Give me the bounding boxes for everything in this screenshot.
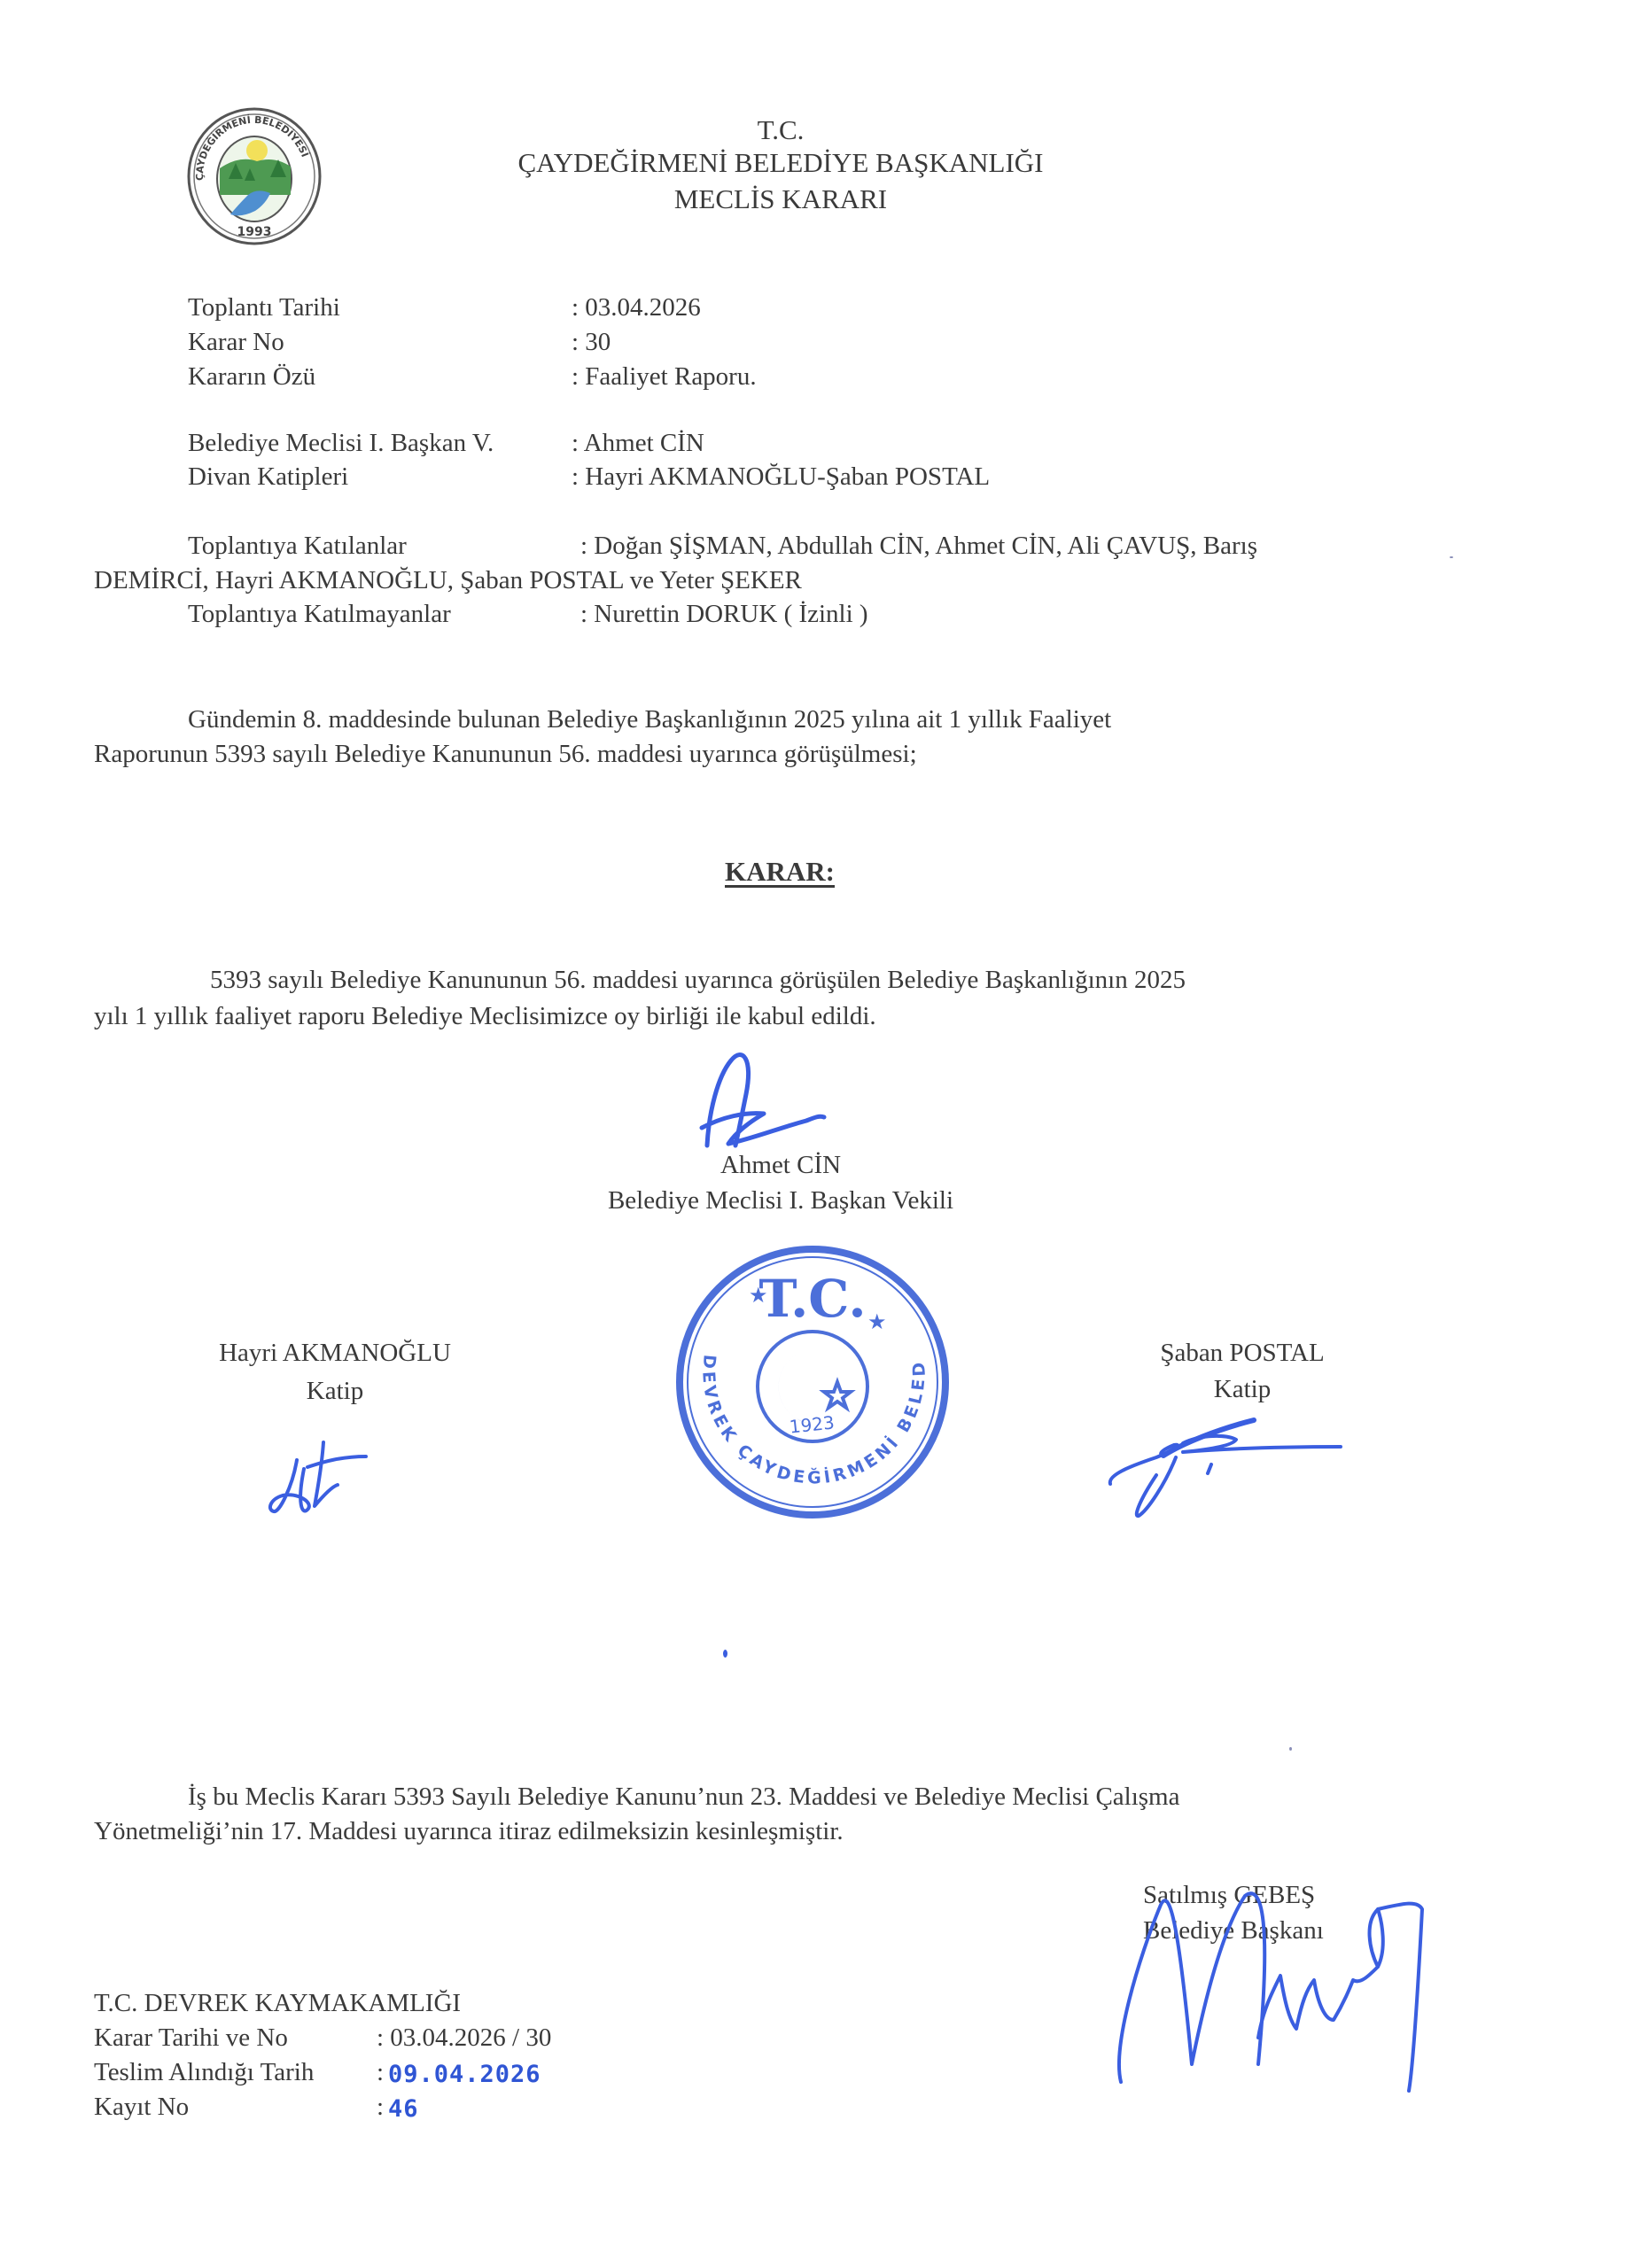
svg-text:T.C.: T.C. [758,1269,866,1329]
registry-label: Kayıt No [94,2090,189,2124]
attendance-present-row: Toplantıya Katılanlar : Doğan ŞİŞMAN, Ab… [0,529,1649,563]
meta-row-meeting-date: Toplantı Tarihi : 03.04.2026 [0,291,1649,325]
scan-speck [723,1650,727,1658]
registry-row-record-no: Kayıt No : 46 [0,2090,709,2124]
officials-label: Divan Katipleri [188,460,348,494]
svg-text:★: ★ [749,1283,768,1308]
registry-row-received-date: Teslim Alındığı Tarih : 09.04.2026 [0,2055,709,2090]
decision-text-line1: 5393 sayılı Belediye Kanununun 56. madde… [210,963,1186,998]
registry-label: Teslim Alındığı Tarih [94,2055,314,2090]
registry-handwritten-date: 09.04.2026 [388,2057,541,2092]
registry-handwritten-record-no: 46 [388,2092,419,2126]
clerk-right-signature-icon [1103,1404,1351,1528]
registry-value: : 03.04.2026 / 30 [377,2021,551,2055]
attendance-absent-row: Toplantıya Katılmayanlar : Nurettin DORU… [0,597,1649,632]
meta-label: Karar No [188,325,284,360]
meta-row-decision-no: Karar No : 30 [0,325,1649,360]
registry-colon: : [377,2055,384,2090]
header-tc: T.C. [758,113,805,148]
chair-title: Belediye Meclisi I. Başkan Vekili [608,1184,953,1218]
svg-text:1993: 1993 [237,225,272,239]
municipality-logo: 1993 ÇAYDEĞİRMENİ BELEDİYESİ [186,106,323,246]
registry-colon: : [377,2090,384,2124]
clerk-left-signature-icon [261,1433,385,1522]
attendance-absent-label: Toplantıya Katılmayanlar [188,597,451,632]
clerk-right-title: Katip [1214,1372,1271,1407]
decision-text-line2: yılı 1 yıllık faaliyet raporu Belediye M… [94,999,876,1034]
svg-text:1923: 1923 [789,1411,836,1437]
attendance-present-label: Toplantıya Katılanlar [188,529,407,563]
clerk-left-title: Katip [307,1374,363,1409]
clerk-right-name: Şaban POSTAL [1160,1336,1324,1371]
chair-name: Ahmet CİN [720,1148,841,1183]
chair-signature-icon [682,1041,877,1156]
clerk-left-name: Hayri AKMANOĞLU [219,1336,451,1371]
agenda-text-line2: Raporunun 5393 sayılı Belediye Kanununun… [94,737,917,772]
meta-value: : Faaliyet Raporu. [572,360,757,394]
officials-label: Belediye Meclisi I. Başkan V. [188,426,494,461]
agenda-text-line1: Gündemin 8. maddesinde bulunan Belediye … [188,703,1111,737]
officials-value: : Hayri AKMANOĞLU-Şaban POSTAL [572,460,990,494]
meta-label: Kararın Özü [188,360,315,394]
header-municipality: ÇAYDEĞİRMENİ BELEDİYE BAŞKANLIĞI [518,145,1044,181]
registry-title: T.C. DEVREK KAYMAKAMLIĞI [94,1986,461,2021]
scan-speck [1289,1747,1292,1751]
meta-value: : 03.04.2026 [572,291,701,325]
scan-speck [1450,556,1453,558]
meta-value: : 30 [572,325,611,360]
mayor-signature-icon [1112,1887,1466,2117]
svg-text:DEVREK ÇAYDEĞİRMENİ BELEDİYE B: DEVREK ÇAYDEĞİRMENİ BELEDİYE BAŞKANLIĞI [662,1223,930,1488]
header-document-type: MECLİS KARARI [674,182,887,217]
attendance-present-value: : Doğan ŞİŞMAN, Abdullah CİN, Ahmet CİN,… [580,529,1257,563]
official-stamp-icon: T.C. ★ ★ 1923 DEVREK ÇAYDEĞİRMENİ BELEDİ… [671,1240,954,1524]
officials-row-chair: Belediye Meclisi I. Başkan V. : Ahmet Cİ… [0,426,1649,461]
meta-label: Toplantı Tarihi [188,291,340,325]
decision-heading: KARAR: [725,854,835,889]
svg-text:★: ★ [867,1309,887,1334]
registry-row-decision: Karar Tarihi ve No : 03.04.2026 / 30 [0,2021,709,2055]
municipality-seal-icon: 1993 ÇAYDEĞİRMENİ BELEDİYESİ [186,106,323,246]
finality-note-line2: Yönetmeliği’nin 17. Maddesi uyarınca iti… [94,1814,844,1849]
officials-value: : Ahmet CİN [572,426,704,461]
officials-row-clerks: Divan Katipleri : Hayri AKMANOĞLU-Şaban … [0,460,1649,494]
finality-note-line1: İş bu Meclis Kararı 5393 Sayılı Belediye… [188,1780,1180,1814]
attendance-present-value-continued: DEMİRCİ, Hayri AKMANOĞLU, Şaban POSTAL v… [94,563,802,598]
attendance-absent-value: : Nurettin DORUK ( İzinli ) [580,597,868,632]
meta-row-subject: Kararın Özü : Faaliyet Raporu. [0,360,1649,394]
registry-label: Karar Tarihi ve No [94,2021,288,2055]
